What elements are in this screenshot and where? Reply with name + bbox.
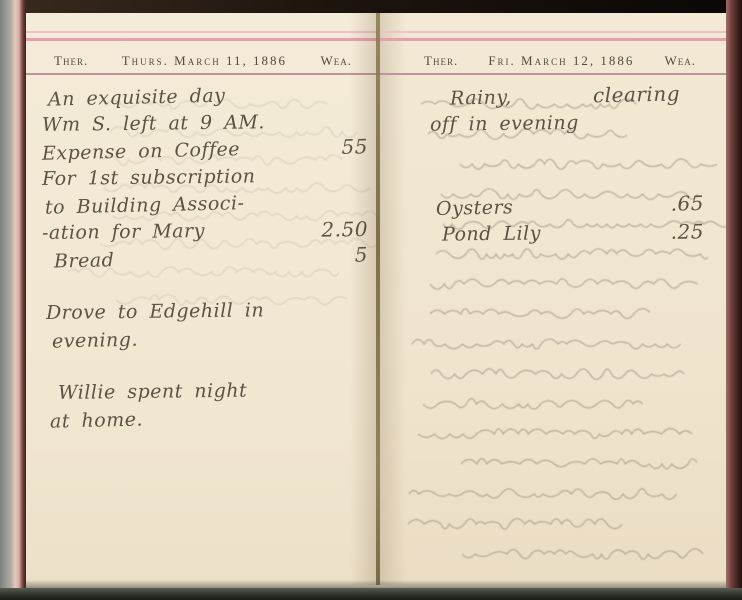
page-edges-right	[726, 0, 742, 600]
ghost-line	[406, 513, 622, 535]
entry-amount: 2.50	[321, 216, 368, 244]
entry-text: at home.	[50, 407, 144, 436]
entry-text: An exquisite day	[48, 83, 226, 114]
left-page: Ther. Thurs. March 11, 1886 Wea. An exqu…	[26, 13, 378, 585]
diary-line: Rainy,clearing	[450, 80, 681, 112]
ghost-line	[407, 483, 681, 505]
book-top-cover-edge	[0, 0, 742, 13]
entry-text: Wm S. left at 9 AM.	[42, 109, 265, 139]
printed-rule-under-header	[378, 73, 726, 75]
entry-amount	[368, 79, 369, 106]
entry-amount: 5	[354, 241, 368, 268]
diary-line: Bread5	[54, 241, 369, 275]
entry-text: off in evening	[430, 110, 579, 139]
ther-label: Ther.	[54, 53, 88, 69]
right-page: Ther. Fri. March 12, 1886 Wea. Rainy,cle…	[378, 13, 726, 585]
wea-label: Wea.	[664, 53, 696, 69]
ghost-line	[410, 333, 682, 355]
entry-text: evening.	[52, 327, 139, 356]
diary-line: Pond Lily.25	[442, 218, 704, 248]
ther-label: Ther.	[424, 53, 458, 69]
ghost-line	[460, 543, 703, 565]
entry-amount	[368, 187, 369, 214]
entry-amount	[368, 321, 369, 348]
page-edges-left	[0, 0, 26, 600]
printed-rule-under-header	[26, 73, 378, 75]
date-label: Thurs. March 11, 1886	[122, 53, 287, 69]
open-book: Ther. Thurs. March 11, 1886 Wea. An exqu…	[26, 13, 726, 585]
entry-amount: .25	[671, 218, 705, 245]
printed-rule-top-2	[378, 38, 726, 41]
entry-text: Drove to Edgehill in	[46, 297, 264, 327]
printed-rule-top	[378, 31, 726, 33]
wea-label: Wea.	[320, 53, 352, 69]
entry-amount: .65	[670, 190, 704, 218]
entry-text: Rainy,	[450, 84, 512, 112]
diary-line: off in evening	[430, 108, 704, 138]
handwritten-entries: An exquisite day Wm S. left at 9 AM. Exp…	[42, 83, 368, 432]
entry-text: Willie spent night	[58, 378, 248, 407]
right-page-header: Ther. Fri. March 12, 1886 Wea.	[424, 53, 696, 69]
entry-note: clearing	[593, 80, 681, 109]
entry-text: For 1st subscription	[42, 163, 256, 193]
date-label: Fri. March 12, 1886	[488, 53, 634, 69]
diary-line: at home.	[50, 401, 369, 435]
entry-text: Oysters	[436, 194, 514, 223]
ghost-line	[428, 273, 703, 295]
handwritten-entries: Rainy,clearing off in evening Oysters.65…	[412, 83, 704, 247]
binding-gutter	[376, 13, 380, 585]
ghost-line	[459, 453, 697, 475]
left-page-header: Ther. Thurs. March 11, 1886 Wea.	[54, 53, 352, 69]
entry-amount: 55	[341, 133, 368, 161]
diary-scan: Ther. Thurs. March 11, 1886 Wea. An exqu…	[0, 0, 742, 600]
entry-amount	[368, 401, 369, 428]
entry-text: Bread	[54, 247, 115, 275]
printed-rule-top	[26, 31, 378, 33]
ghost-line	[421, 393, 646, 415]
entry-text: Pond Lily	[442, 220, 541, 248]
entry-text: -ation for Mary	[42, 218, 205, 247]
diary-line: evening.	[52, 321, 369, 355]
ghost-line	[428, 303, 650, 325]
ghost-line	[429, 363, 689, 385]
book-bottom-cover-edge	[0, 588, 742, 600]
ghost-line	[416, 423, 698, 445]
printed-rule-top-2	[26, 38, 378, 41]
